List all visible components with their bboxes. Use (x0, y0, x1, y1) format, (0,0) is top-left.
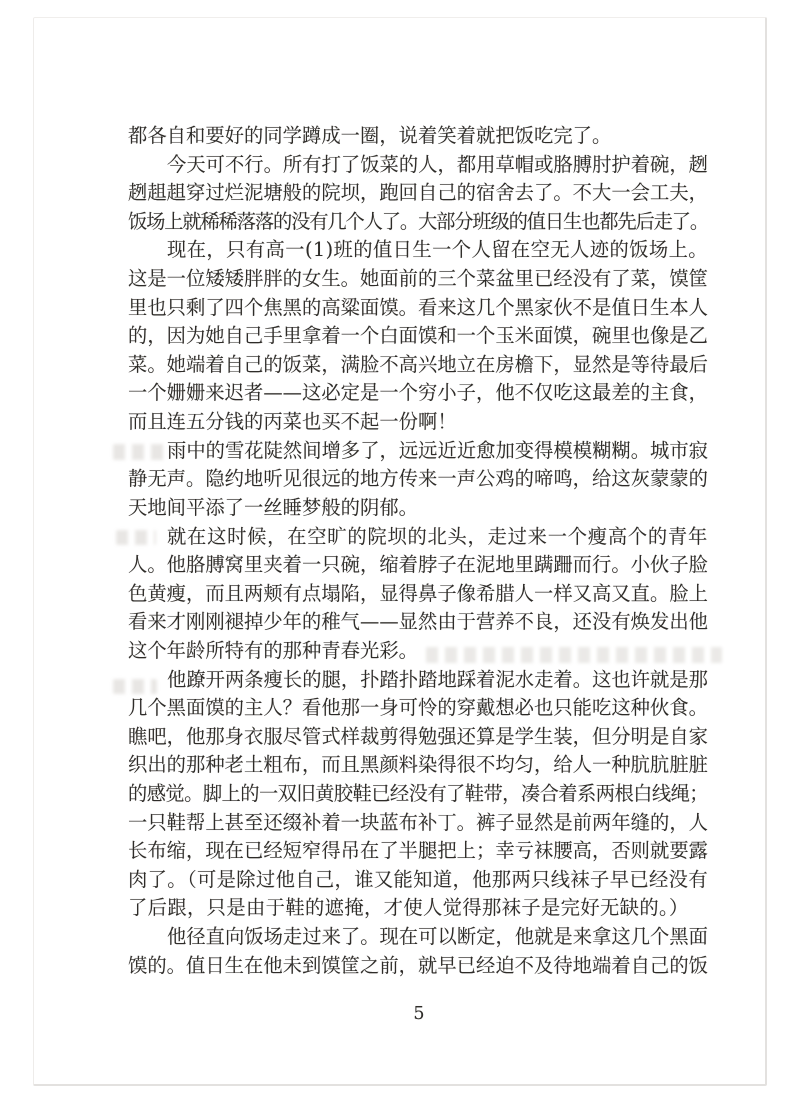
text-line: 饭场上就稀稀落落的没有几个人了。大部分班级的值日生也都先后走了。 (128, 208, 708, 237)
text-line: 今天可不行。所有打了饭菜的人，都用草帽或胳膊肘护着碗，趔 (128, 151, 708, 180)
text-line: 就在这时候，在空旷的院坝的北头，走过来一个瘦高个的青年 (128, 523, 708, 552)
text-line: 里也只剩了四个焦黑的高粱面馍。看来这几个黑家伙不是值日生本人 (128, 294, 708, 323)
text-line: 而且连五分钱的丙菜也买不起一份啊！ (128, 408, 708, 437)
text-line: 织出的那种老土粗布，而且黑颜料染得很不均匀，给人一种肮肮脏脏 (128, 751, 708, 780)
text-line: 他径直向饭场走过来了。现在可以断定，他就是来拿这几个黑面 (128, 923, 708, 952)
text-line: 天地间平添了一丝睡梦般的阴郁。 (128, 494, 708, 523)
text-line: 现在，只有高一(1)班的值日生一个人留在空无人迹的饭场上。 (128, 236, 708, 265)
text-line: 趔趄趄穿过烂泥塘般的院坝，跑回自己的宿舍去了。不大一会工夫， (128, 179, 708, 208)
text-line: 一个姗姗来迟者——这必定是一个穷小子，他不仅吃这最差的主食， (128, 379, 708, 408)
text-line: 长布缩，现在已经短窄得吊在了半腿把上；幸亏袜腰高，否则就要露 (128, 837, 708, 866)
text-line: 看来才刚刚褪掉少年的稚气——显然由于营养不良，还没有焕发出他 (128, 608, 708, 637)
screenshot-root: { "page": { "number": "5", "ink_color": … (0, 0, 800, 1102)
page-number: 5 (379, 1004, 459, 1024)
text-line: 他蹽开两条瘦长的腿，扑踏扑踏地踩着泥水走着。这也许就是那 (128, 666, 708, 695)
text-line: 雨中的雪花陡然间增多了，远远近近愈加变得模模糊糊。城市寂 (128, 437, 708, 466)
text-line: 的感觉。脚上的一双旧黄胶鞋已经没有了鞋带，凑合着系两根白线绳； (128, 780, 708, 809)
text-line: 的，因为她自己手里拿着一个白面馍和一个玉米面馍，碗里也像是乙 (128, 322, 708, 351)
body-text: 都各自和要好的同学蹲成一圈，说着笑着就把饭吃完了。今天可不行。所有打了饭菜的人，… (128, 122, 708, 980)
text-line: 这是一位矮矮胖胖的女生。她面前的三个菜盆里已经没有了菜，馍筐 (128, 265, 708, 294)
text-line: 瞧吧，他那身衣服尽管式样裁剪得勉强还算是学生装，但分明是自家 (128, 723, 708, 752)
text-line: 色黄瘦，而且两颊有点塌陷，显得鼻子像希腊人一样又高又直。脸上 (128, 580, 708, 609)
bleed-through-artifact (113, 679, 157, 694)
text-line: 了后跟，只是由于鞋的遮掩，才使人觉得那袜子是完好无缺的。） (128, 894, 708, 923)
book-page: 都各自和要好的同学蹲成一圈，说着笑着就把饭吃完了。今天可不行。所有打了饭菜的人，… (33, 17, 767, 1086)
bleed-through-artifact (116, 530, 156, 545)
bleed-through-artifact (113, 444, 165, 460)
text-line: 静无声。隐约地听见很远的地方传来一声公鸡的啼鸣，给这灰蒙蒙的 (128, 465, 708, 494)
text-line: 几个黑面馍的主人？看他那一身可怜的穿戴想必也只能吃这种伙食。 (128, 694, 708, 723)
text-line: 馍的。值日生在他未到馍筐之前，就早已经迫不及待地端着自己的饭 (128, 952, 708, 981)
bleed-through-artifact (426, 647, 722, 663)
text-line: 肉了。（可是除过他自己，谁又能知道，他那两只线袜子早已经没有 (128, 866, 708, 895)
text-line: 都各自和要好的同学蹲成一圈，说着笑着就把饭吃完了。 (128, 122, 708, 151)
text-line: 菜。她端着自己的饭菜，满脸不高兴地立在房檐下，显然是等待最后 (128, 351, 708, 380)
text-line: 人。他胳膊窝里夹着一只碗，缩着脖子在泥地里蹒跚而行。小伙子脸 (128, 551, 708, 580)
text-line: 一只鞋帮上甚至还缀补着一块蓝布补丁。裤子显然是前两年缝的，人 (128, 809, 708, 838)
